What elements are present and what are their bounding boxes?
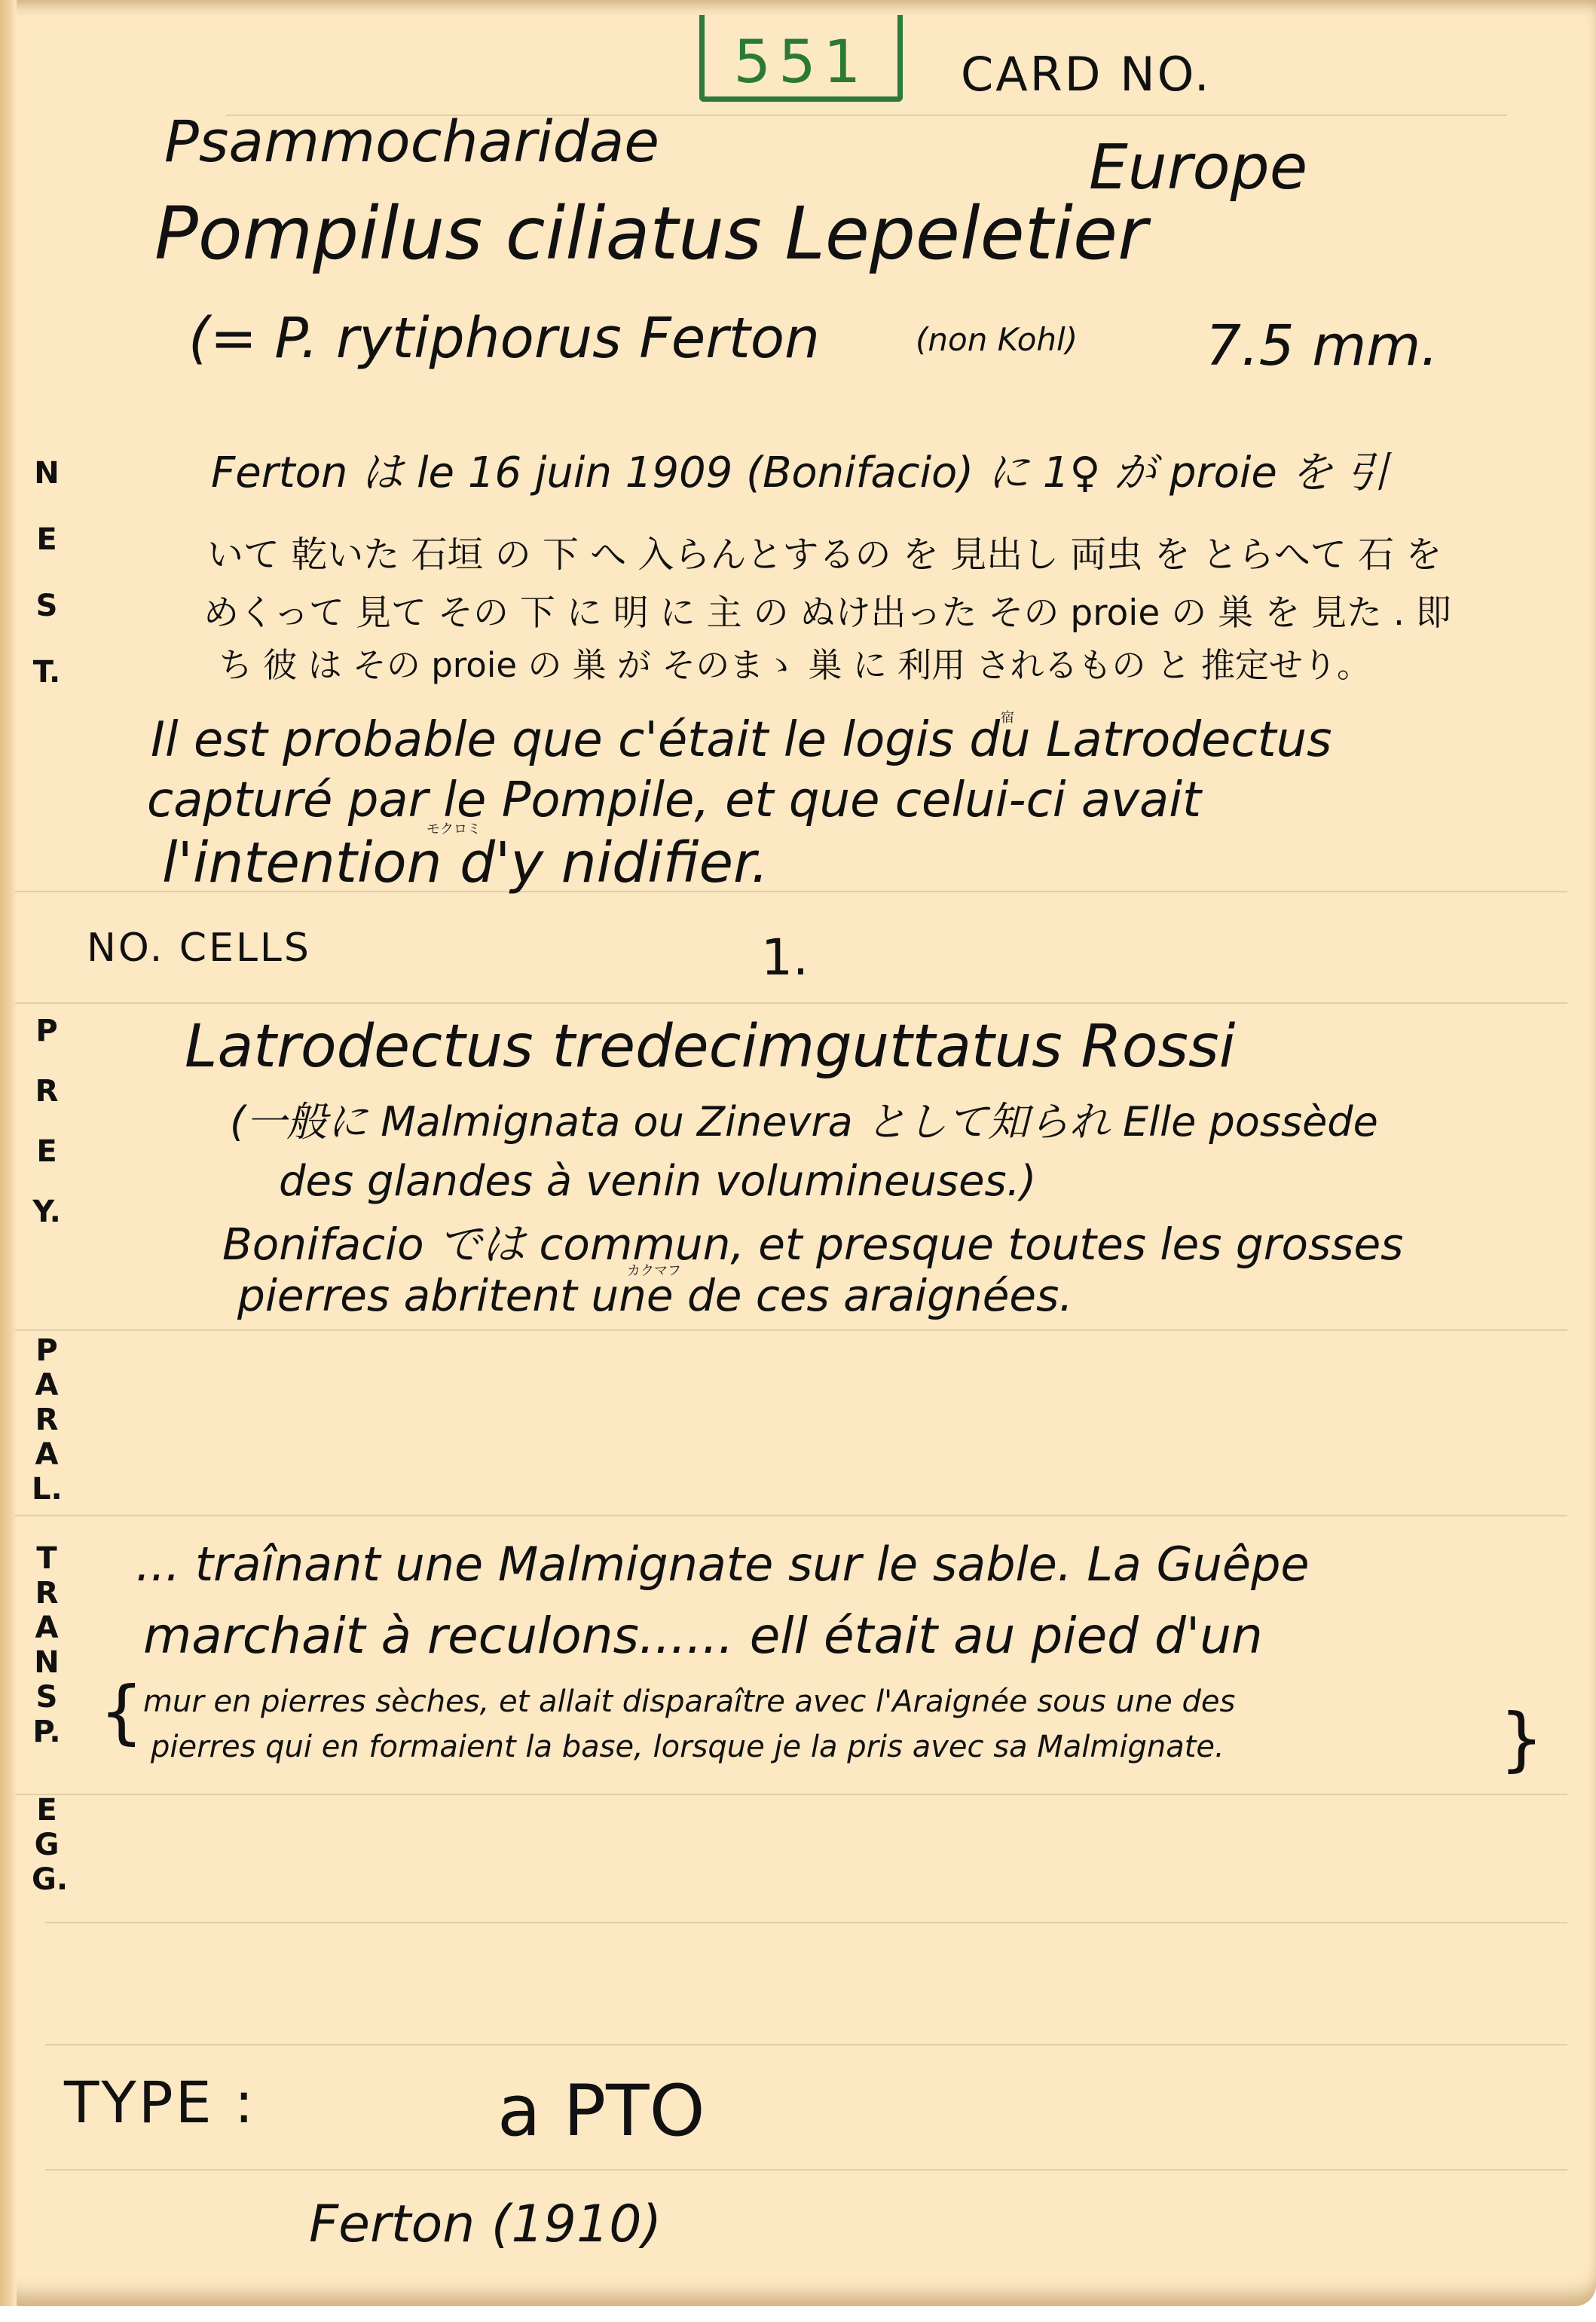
nest-line-2: いて 乾いた 石垣 の 下 へ 入らんとするの を 見出し 両虫 を とらへて … — [207, 537, 1442, 573]
region: Europe — [1089, 137, 1307, 199]
side-label-nest: N E S T. — [32, 458, 62, 724]
type-value: a PTO — [497, 2076, 705, 2147]
card-no-label: CARD NO. — [961, 51, 1212, 98]
right-brace: } — [1500, 1705, 1544, 1774]
ruled-line — [15, 1515, 1567, 1516]
synonym-note: (non Kohl) — [916, 324, 1078, 356]
ruled-line — [15, 1329, 1567, 1331]
prey-line-1: (一般に Malmignata ou Zinevra として知られ Elle p… — [230, 1102, 1378, 1143]
nest-line-3: めくって 見て その 下 に 明 に 主 の ぬけ出った その proie の … — [203, 595, 1451, 631]
no-cells-label: NO. CELLS — [87, 928, 311, 968]
prey-line-4: pierres abritent une de ces araignées. — [237, 1274, 1073, 1317]
synonym: (= P. rytiphorus Ferton — [188, 311, 820, 366]
nest-line-7: l'intention d'y nidifier. — [162, 835, 769, 891]
ruled-line — [15, 1794, 1567, 1795]
ruled-line — [45, 1922, 1567, 1923]
side-label-paral: P A R A L. — [32, 1335, 62, 1509]
left-brace: { — [99, 1678, 144, 1747]
transport-line-3: mur en pierres sèches, et allait dispara… — [143, 1687, 1235, 1717]
ruled-line — [45, 2044, 1567, 2045]
side-label-prey: P R E Y. — [32, 1016, 62, 1257]
nest-line-4: ち 彼 は その proie の 巣 が そのまゝ 巣 に 利用 されるもの と… — [219, 648, 1371, 682]
side-label-egg: E G G. — [32, 1795, 62, 1899]
side-label-transp: T R A N S P. — [32, 1543, 62, 1751]
ruled-line — [45, 2169, 1567, 2171]
nest-line-6: capturé par le Pompile, et que celui-ci … — [147, 776, 1201, 824]
transport-line-1: ... traînant une Malmignate sur le sable… — [136, 1541, 1310, 1588]
card-number: 551 — [705, 29, 897, 96]
ruled-line — [15, 1002, 1567, 1004]
nest-line-5: Il est probable que c'était le logis du … — [151, 716, 1332, 764]
species-name: Pompilus ciliatus Lepeletier — [154, 197, 1148, 270]
no-cells-value: 1. — [761, 933, 809, 983]
card-number-box: 551 — [699, 15, 903, 102]
nest-line-1: Ferton は le 16 juin 1909 (Bonifacio) に 1… — [211, 452, 1388, 494]
index-card: 551 CARD NO. Psammocharidae Europe Pompi… — [0, 0, 1596, 2306]
transport-line-4: pierres qui en formaient la base, lorsqu… — [151, 1732, 1225, 1762]
type-reference: Ferton (1910) — [309, 2199, 662, 2250]
type-label: TYPE : — [64, 2074, 255, 2131]
card-left-edge — [0, 0, 17, 2306]
family-name: Psammocharidae — [164, 113, 659, 170]
prey-line-2: des glandes à venin volumineuses.) — [279, 1161, 1036, 1203]
body-size: 7.5 mm. — [1206, 318, 1439, 374]
prey-line-3: Bonifacio では commun, et presque toutes l… — [222, 1222, 1403, 1266]
transport-line-2: marchait à reculons...... ell était au p… — [143, 1611, 1263, 1661]
prey-species: Latrodectus tredecimguttatus Rossi — [185, 1017, 1235, 1076]
